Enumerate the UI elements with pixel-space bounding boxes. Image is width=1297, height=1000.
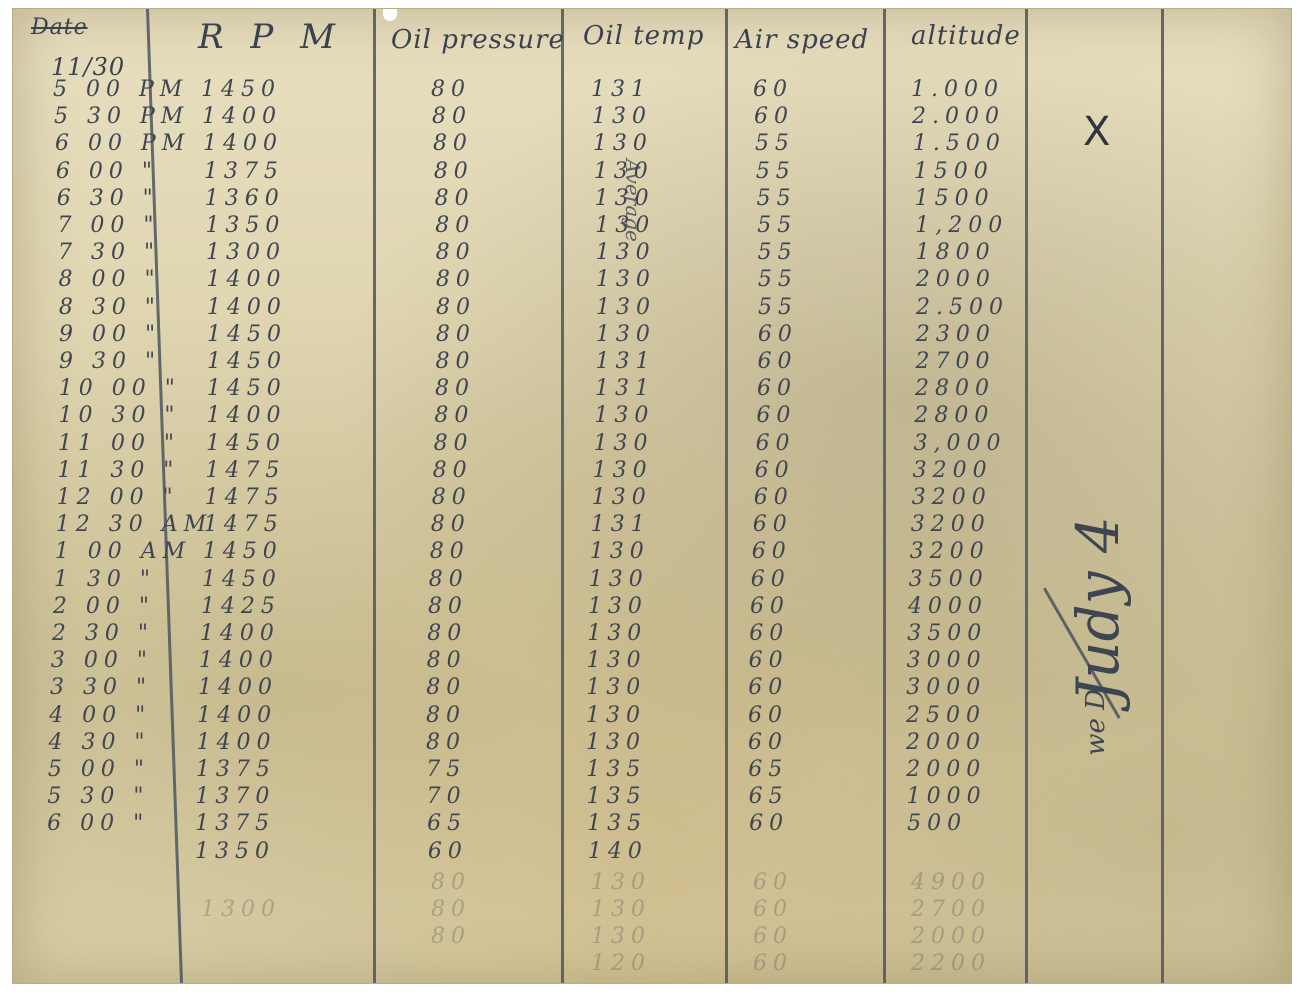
log-cell-time: 11 30 " [57, 458, 179, 483]
log-cell-time: 6 00 " [47, 811, 149, 836]
header-oil-temp: Oil temp [583, 21, 704, 51]
log-cell-oil-pressure: 80 [432, 485, 472, 510]
log-cell-time: 10 30 " [58, 403, 180, 428]
log-cell-oil-temp: 130 [593, 458, 653, 483]
log-cell-rpm: 1400 [199, 648, 279, 673]
column-rule [725, 9, 728, 983]
column-rule [561, 9, 564, 983]
log-cell-air-speed: 60 [755, 458, 795, 483]
log-cell-rpm: 1300 [206, 240, 286, 265]
log-cell-altitude: 2000 [906, 757, 986, 782]
faded-cell-air-speed: 60 [753, 951, 793, 976]
log-cell-altitude: 1,200 [915, 213, 1008, 238]
log-cell-air-speed: 60 [750, 594, 790, 619]
log-cell-altitude: 2800 [914, 403, 994, 428]
column-rule [1025, 9, 1028, 983]
header-altitude: altitude [911, 21, 1021, 51]
faded-cell-oil-temp: 130 [591, 897, 651, 922]
log-cell-oil-pressure: 80 [434, 159, 474, 184]
log-cell-air-speed: 55 [758, 240, 798, 265]
log-cell-time: 5 30 PM [54, 104, 189, 129]
log-cell-oil-pressure: 80 [426, 703, 466, 728]
log-cell-time: 4 00 " [49, 703, 151, 728]
log-cell-altitude: 2500 [906, 703, 986, 728]
log-cell-oil-pressure: 80 [435, 376, 475, 401]
log-cell-oil-temp: 130 [592, 104, 652, 129]
log-cell-air-speed: 60 [754, 485, 794, 510]
log-cell-rpm: 1450 [207, 376, 287, 401]
faded-cell-altitude: 2200 [911, 951, 991, 976]
log-cell-altitude: 2.500 [916, 295, 1009, 320]
log-cell-oil-pressure: 80 [429, 567, 469, 592]
log-cell-oil-pressure: 80 [427, 621, 467, 646]
paper-tear [383, 9, 397, 21]
log-cell-rpm: 1450 [206, 431, 286, 456]
log-cell-rpm: 1400 [207, 295, 287, 320]
faded-cell-altitude: 2000 [911, 924, 991, 949]
log-cell-time: 11 00 " [58, 431, 180, 456]
log-cell-rpm: 1425 [201, 594, 281, 619]
column-rule [373, 9, 376, 983]
log-cell-air-speed: 60 [753, 512, 793, 537]
log-cell-rpm: 1450 [202, 567, 282, 592]
log-cell-time: 8 00 " [59, 267, 161, 292]
log-cell-oil-temp: 130 [586, 675, 646, 700]
log-cell-altitude: 2000 [906, 730, 986, 755]
log-cell-oil-temp: 131 [596, 349, 656, 374]
log-cell-air-speed: 65 [748, 757, 788, 782]
log-cell-air-speed: 60 [758, 322, 798, 347]
log-cell-oil-pressure: 80 [430, 539, 470, 564]
log-cell-rpm: 1450 [201, 77, 281, 102]
log-cell-rpm: 1400 [198, 675, 278, 700]
log-cell-altitude: 3000 [907, 648, 987, 673]
log-cell-oil-temp: 130 [587, 621, 647, 646]
log-cell-time: 5 00 PM [53, 77, 188, 102]
log-cell-oil-pressure: 80 [426, 730, 466, 755]
log-cell-altitude: 3200 [911, 512, 991, 537]
log-cell-oil-temp: 130 [589, 567, 649, 592]
log-cell-altitude: 3500 [909, 567, 989, 592]
log-cell-rpm: 1475 [205, 458, 285, 483]
faded-cell-air-speed: 60 [753, 924, 793, 949]
log-cell-time: 8 30 " [59, 295, 161, 320]
faded-cell-oil-pressure: 80 [431, 870, 471, 895]
faded-cell-oil-temp: 120 [591, 951, 651, 976]
log-cell-altitude: 2.000 [912, 104, 1005, 129]
log-cell-air-speed: 55 [755, 131, 795, 156]
log-cell-rpm: 1400 [203, 131, 283, 156]
faded-cell-altitude: 2700 [911, 897, 991, 922]
log-cell-oil-pressure: 80 [433, 131, 473, 156]
log-cell-time: 1 00 AM [55, 539, 191, 564]
log-cell-oil-pressure: 80 [432, 104, 472, 129]
log-cell-oil-temp: 130 [590, 539, 650, 564]
log-cell-time: 4 30 " [48, 730, 150, 755]
faded-cell-oil-pressure: 80 [431, 924, 471, 949]
log-cell-oil-temp: 135 [586, 757, 646, 782]
log-cell-altitude: 2300 [916, 322, 996, 347]
log-cell-oil-temp: 130 [588, 594, 648, 619]
log-cell-oil-temp: 130 [596, 240, 656, 265]
column-rule [1161, 9, 1164, 983]
log-cell-oil-temp: 130 [594, 403, 654, 428]
log-cell-air-speed: 60 [752, 539, 792, 564]
log-cell-oil-pressure: 80 [434, 431, 474, 456]
log-cell-time: 9 30 " [59, 349, 161, 374]
log-cell-time: 6 30 " [57, 186, 159, 211]
log-cell-oil-pressure: 80 [436, 349, 476, 374]
log-cell-rpm: 1375 [196, 757, 276, 782]
header-date: Date [31, 15, 88, 40]
log-cell-rpm: 1400 [206, 403, 286, 428]
log-cell-air-speed: 60 [751, 567, 791, 592]
log-cell-oil-pressure: 60 [428, 839, 468, 864]
log-cell-rpm: 1400 [202, 104, 282, 129]
log-cell-air-speed: 60 [756, 431, 796, 456]
log-cell-time: 1 30 " [54, 567, 156, 592]
log-cell-oil-pressure: 75 [426, 757, 466, 782]
log-cell-altitude: 1.500 [913, 131, 1006, 156]
faded-cell-altitude: 4900 [911, 870, 991, 895]
log-cell-oil-pressure: 80 [434, 403, 474, 428]
log-cell-air-speed: 55 [756, 159, 796, 184]
log-cell-altitude: 2800 [915, 376, 995, 401]
log-cell-air-speed: 60 [748, 730, 788, 755]
log-cell-oil-pressure: 80 [435, 186, 475, 211]
log-cell-altitude: 2000 [916, 267, 996, 292]
log-cell-time: 7 30 " [58, 240, 160, 265]
log-cell-oil-pressure: 80 [431, 77, 471, 102]
log-cell-time: 2 00 " [53, 594, 155, 619]
faded-cell-air-speed: 60 [753, 870, 793, 895]
log-cell-altitude: 3,000 [914, 431, 1007, 456]
log-cell-air-speed: 55 [757, 213, 797, 238]
log-cell-altitude: 1000 [907, 784, 987, 809]
log-cell-altitude: 4000 [908, 594, 988, 619]
log-cell-altitude: 3200 [912, 485, 992, 510]
log-cell-air-speed: 60 [749, 648, 789, 673]
log-cell-oil-pressure: 80 [426, 675, 466, 700]
log-cell-time: 12 00 " [57, 485, 179, 510]
signature-suffix: we D [1081, 689, 1111, 756]
log-cell-air-speed: 60 [753, 77, 793, 102]
log-cell-time: 3 00 " [51, 648, 153, 673]
log-cell-oil-temp: 130 [596, 267, 656, 292]
log-cell-oil-temp: 130 [596, 322, 656, 347]
log-cell-oil-pressure: 80 [436, 267, 476, 292]
log-cell-oil-pressure: 80 [428, 594, 468, 619]
log-cell-rpm: 1475 [205, 485, 285, 510]
column-rule [883, 9, 886, 983]
log-cell-rpm: 1400 [197, 703, 277, 728]
log-cell-oil-pressure: 70 [427, 784, 467, 809]
log-cell-time: 9 00 " [59, 322, 161, 347]
faded-cell-oil-temp: 130 [591, 924, 651, 949]
log-cell-oil-temp: 131 [591, 77, 651, 102]
log-cell-oil-temp: 130 [594, 431, 654, 456]
log-cell-air-speed: 60 [754, 104, 794, 129]
log-cell-altitude: 3200 [913, 458, 993, 483]
log-cell-altitude: 3200 [910, 539, 990, 564]
log-cell-air-speed: 55 [758, 267, 798, 292]
log-cell-time: 3 30 " [50, 675, 152, 700]
log-cell-air-speed: 55 [757, 186, 797, 211]
faded-cell-rpm: 1300 [201, 897, 281, 922]
log-cell-air-speed: 65 [749, 784, 789, 809]
log-cell-altitude: 3000 [906, 675, 986, 700]
log-cell-oil-pressure: 80 [436, 322, 476, 347]
log-cell-oil-temp: 130 [586, 730, 646, 755]
log-cell-rpm: 1450 [203, 539, 283, 564]
log-cell-oil-pressure: 80 [436, 295, 476, 320]
log-cell-rpm: 1350 [205, 213, 285, 238]
log-cell-oil-temp: 131 [591, 512, 651, 537]
log-cell-oil-pressure: 80 [431, 512, 471, 537]
log-cell-oil-temp: 130 [592, 485, 652, 510]
log-cell-oil-pressure: 80 [435, 213, 475, 238]
log-cell-oil-temp: 135 [587, 784, 647, 809]
header-oil-pressure: Oil pressure [391, 25, 565, 55]
log-cell-rpm: 1450 [207, 322, 287, 347]
log-cell-time: 5 00 " [48, 757, 150, 782]
log-cell-oil-pressure: 80 [433, 458, 473, 483]
log-cell-rpm: 1400 [200, 621, 280, 646]
log-cell-oil-pressure: 80 [436, 240, 476, 265]
log-cell-air-speed: 60 [748, 675, 788, 700]
log-cell-time: 2 30 " [52, 621, 154, 646]
log-cell-oil-temp: 130 [593, 131, 653, 156]
header-rpm: R P M [198, 17, 343, 57]
log-cell-altitude: 2700 [916, 349, 996, 374]
log-cell-air-speed: 60 [749, 621, 789, 646]
log-cell-rpm: 1375 [195, 811, 275, 836]
log-cell-oil-temp: 130 [596, 295, 656, 320]
log-cell-rpm: 1350 [195, 839, 275, 864]
header-air-speed: Air speed [735, 25, 869, 55]
log-cell-rpm: 1450 [207, 349, 287, 374]
log-cell-oil-pressure: 65 [427, 811, 467, 836]
log-cell-air-speed: 60 [756, 403, 796, 428]
log-cell-air-speed: 60 [758, 349, 798, 374]
faded-cell-air-speed: 60 [753, 897, 793, 922]
log-cell-oil-temp: 140 [588, 839, 648, 864]
log-cell-time: 6 00 PM [55, 131, 190, 156]
log-cell-altitude: 500 [907, 811, 967, 836]
log-cell-altitude: 1800 [916, 240, 996, 265]
log-cell-rpm: 1400 [207, 267, 287, 292]
log-cell-altitude: 1500 [914, 159, 994, 184]
log-cell-rpm: 1370 [195, 784, 275, 809]
log-cell-altitude: 1500 [915, 186, 995, 211]
log-cell-altitude: 3500 [907, 621, 987, 646]
log-cell-rpm: 1360 [205, 186, 285, 211]
log-cell-time: 10 00 " [59, 376, 181, 401]
faded-cell-oil-pressure: 80 [431, 897, 471, 922]
log-cell-oil-temp: 130 [587, 648, 647, 673]
log-cell-air-speed: 60 [757, 376, 797, 401]
log-cell-oil-pressure: 80 [427, 648, 467, 673]
log-cell-time: 7 00 " [57, 213, 159, 238]
log-cell-oil-temp: 130 [586, 703, 646, 728]
log-cell-oil-temp: 135 [587, 811, 647, 836]
log-cell-rpm: 1375 [204, 159, 284, 184]
faded-cell-oil-temp: 130 [591, 870, 651, 895]
log-cell-time: 12 30 AM [56, 512, 212, 537]
log-cell-air-speed: 60 [749, 811, 789, 836]
log-cell-time: 6 00 " [56, 159, 158, 184]
oil-temp-side-note: Average [621, 159, 645, 242]
log-cell-air-speed: 60 [748, 703, 788, 728]
log-cell-oil-temp: 131 [595, 376, 655, 401]
log-sheet: Date R P M Oil pressure Oil temp Air spe… [12, 8, 1292, 984]
log-cell-time: 5 30 " [47, 784, 149, 809]
log-cell-air-speed: 55 [758, 295, 798, 320]
log-cell-rpm: 1400 [196, 730, 276, 755]
x-mark: X [1083, 109, 1110, 155]
log-cell-rpm: 1475 [204, 512, 284, 537]
log-cell-altitude: 1.000 [911, 77, 1004, 102]
